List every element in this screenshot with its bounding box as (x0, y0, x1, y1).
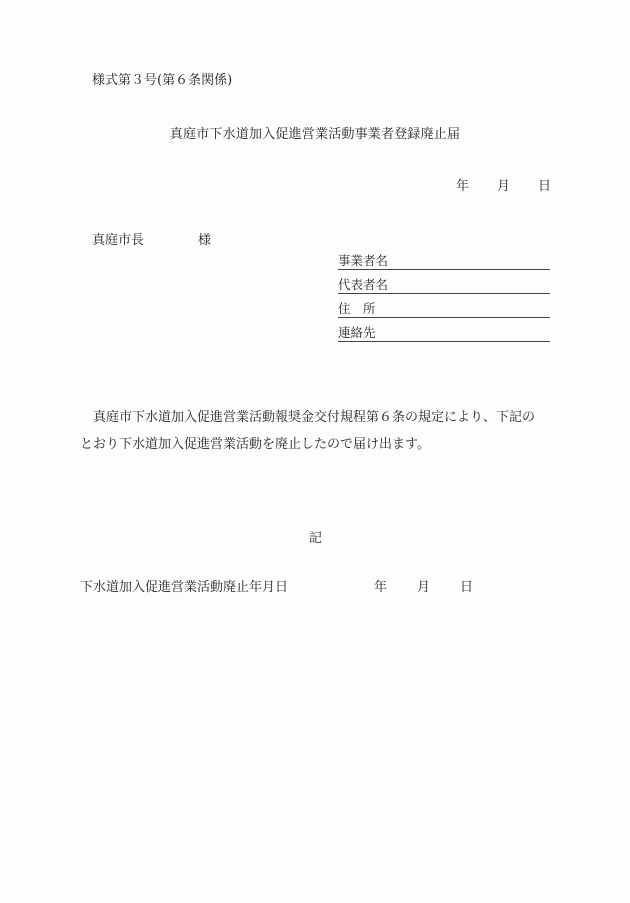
date-year-label: 年 (456, 179, 469, 195)
representative-name-label: 代表者名 (338, 277, 388, 292)
addressee-name: 真庭市長 (92, 233, 144, 248)
ki-heading: 記 (309, 531, 322, 547)
contact-label: 連絡先 (338, 325, 376, 340)
body-text-line-1: 真庭市下水道加入促進営業活動報奨金交付規程第６条の規定により、下記の (80, 410, 535, 426)
body-text-line-1-content: 真庭市下水道加入促進営業活動報奨金交付規程第６条の規定により、下記の (93, 410, 535, 425)
address-label: 住 所 (338, 301, 376, 316)
business-name-label: 事業者名 (338, 253, 388, 268)
submission-date: 年月日 (456, 179, 551, 195)
addressee-honorific: 様 (198, 233, 211, 249)
representative-name-field[interactable]: 代表者名 (338, 275, 550, 294)
form-number: 様式第３号(第６条関係) (92, 73, 232, 89)
cessation-day-label: 日 (460, 580, 473, 596)
addressee: 真庭市長様 (92, 233, 211, 249)
document-title: 真庭市下水道加入促進営業活動事業者登録廃止届 (0, 127, 630, 143)
date-month-label: 月 (497, 179, 510, 195)
date-day-label: 日 (538, 179, 551, 195)
cessation-year-label: 年 (374, 580, 387, 596)
address-field[interactable]: 住 所 (338, 299, 550, 318)
cessation-date-label: 下水道加入促進営業活動廃止年月日 (80, 580, 288, 596)
body-text-line-2: とおり下水道加入促進営業活動を廃止したので届け出ます。 (80, 437, 430, 453)
business-name-field[interactable]: 事業者名 (338, 251, 550, 270)
cessation-month-label: 月 (417, 580, 430, 596)
cessation-date-field[interactable]: 年月日 (374, 580, 473, 596)
contact-field[interactable]: 連絡先 (338, 323, 550, 342)
